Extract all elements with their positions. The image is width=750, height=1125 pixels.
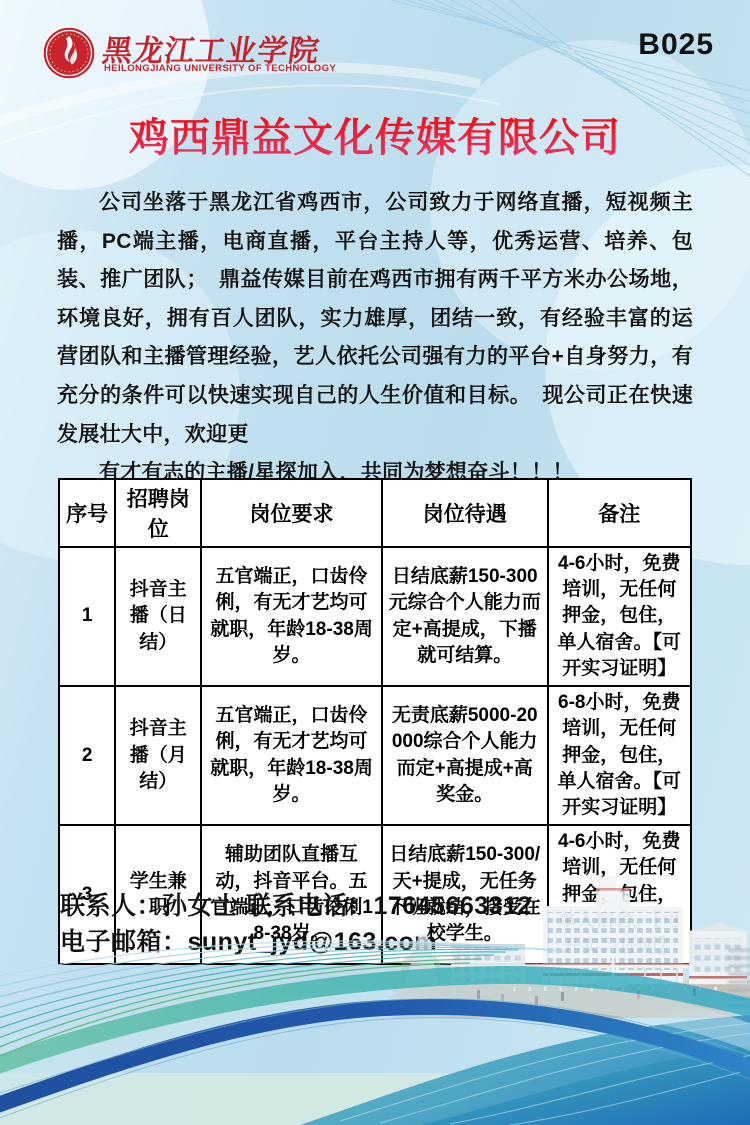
cell-benefits: 日结底薪150-300元综合个人能力而定+高提成，下播就可结算。 [382,547,548,686]
cell-requirements: 五官端正，口齿伶俐，有无才艺均可就职，年龄18-38周岁。 [201,547,382,686]
cell-seq: 1 [59,547,115,686]
poster-code: B025 [638,28,714,62]
photo-watermark [728,948,750,1010]
header-position: 招聘岗位 [115,479,201,547]
cell-position: 抖音主播（日结） [115,547,201,686]
company-intro: 公司坐落于黑龙江省鸡西市，公司致力于网络直播，短视频主播，PC端主播，电商直播，… [57,184,693,493]
cell-position: 抖音主播（月结） [115,686,201,825]
header-benefits: 岗位待遇 [382,479,548,547]
table-row: 2 抖音主播（月结） 五官端正，口齿伶俐，有无才艺均可就职，年龄18-38周岁。… [59,686,691,825]
header-requirements: 岗位要求 [201,479,382,547]
table-header-row: 序号 招聘岗位 岗位要求 岗位待遇 备注 [59,479,691,547]
cell-seq: 2 [59,686,115,825]
cell-notes: 6-8小时，免费培训，无任何押金，包住，单人宿舍。【可开实习证明】 [548,686,692,825]
cell-notes: 4-6小时，免费培训，无任何押金，包住，单人宿舍。【可开实习证明】 [548,547,692,686]
header-seq: 序号 [59,479,115,547]
header-notes: 备注 [548,479,692,547]
campus-photo [393,876,750,1018]
recruitment-poster: 黑龙江工业学院 HEILONGJIANG UNIVERSITY OF TECHN… [0,0,750,1125]
header: 黑龙江工业学院 HEILONGJIANG UNIVERSITY OF TECHN… [0,0,750,95]
university-name-en: HEILONGJIANG UNIVERSITY OF TECHNOLOGY [104,63,336,74]
table-row: 1 抖音主播（日结） 五官端正，口齿伶俐，有无才艺均可就职，年龄18-38周岁。… [59,547,691,686]
company-title: 鸡西鼎益文化传媒有限公司 [0,106,750,163]
intro-paragraph-1: 公司坐落于黑龙江省鸡西市，公司致力于网络直播，短视频主播，PC端主播，电商直播，… [57,184,693,454]
cell-benefits: 无责底薪5000-20000综合个人能力而定+高提成+高奖金。 [382,686,548,825]
cell-requirements: 五官端正，口齿伶俐，有无才艺均可就职，年龄18-38周岁。 [201,686,382,825]
university-logo-icon [42,26,96,80]
